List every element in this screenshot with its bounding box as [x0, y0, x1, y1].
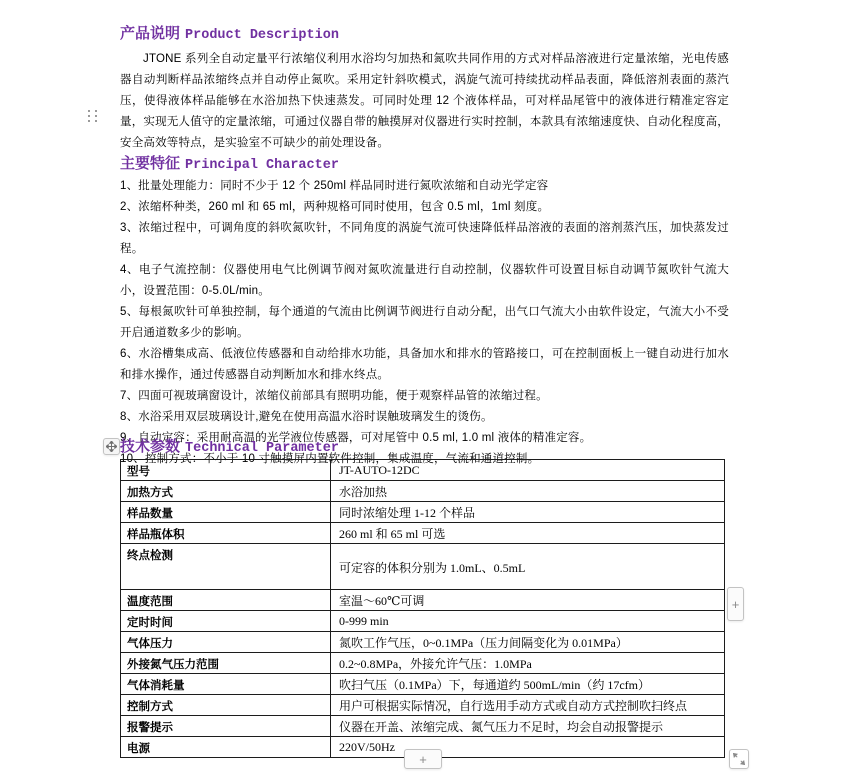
- feature-item[interactable]: 3、浓缩过程中，可调角度的斜吹氮吹针，不同角度的涡旋气流可快速降低样品溶液的表面…: [120, 218, 729, 260]
- heading-en: Product Description: [185, 28, 339, 43]
- grip-dot: [95, 115, 97, 117]
- plus-icon: +: [732, 597, 740, 612]
- feature-item[interactable]: 5、每根氮吹针可单独控制，每个通道的气流由比例调节阀进行自动分配，出气口气流大小…: [120, 302, 729, 344]
- section-heading-principal-character[interactable]: 主要特征Principal Character: [120, 155, 729, 174]
- feature-item[interactable]: 2、浓缩杯种类，260 ml 和 65 ml，两种规格可同时使用，包含 0.5 …: [120, 197, 729, 218]
- technical-parameter-table: 型号 JT-AUTO-12DC 加热方式 水浴加热 样品数量 同时浓缩处理 1-…: [120, 459, 725, 758]
- feature-item[interactable]: 4、电子气流控制：仪器使用电气比例调节阀对氮吹流量进行自动控制，仪器软件可设置目…: [120, 260, 729, 302]
- param-label[interactable]: 定时时间: [121, 611, 331, 632]
- param-label[interactable]: 气体压力: [121, 632, 331, 653]
- document-canvas: 产品说明Product Description JTONE 系列全自动定量平行浓…: [0, 0, 847, 772]
- table-resize-handle[interactable]: [729, 749, 749, 769]
- feature-item[interactable]: 7、四面可视玻璃窗设计，浓缩仪前部具有照明功能，便于观察样品管的浓缩过程。: [120, 386, 729, 407]
- param-label[interactable]: 加热方式: [121, 481, 331, 502]
- product-description-paragraph[interactable]: JTONE 系列全自动定量平行浓缩仪利用水浴均匀加热和氮吹共同作用的方式对样品溶…: [120, 49, 729, 154]
- section-heading-technical-parameter[interactable]: 技术参数Technical Parameter: [120, 438, 729, 457]
- heading-zh: 主要特征: [120, 155, 180, 172]
- param-value[interactable]: 可定容的体积分别为 1.0mL、0.5mL: [331, 544, 725, 590]
- param-value[interactable]: 同时浓缩处理 1-12 个样品: [331, 502, 725, 523]
- param-value[interactable]: 用户可根据实际情况，自行选用手动方式或自动方式控制吹扫终点: [331, 695, 725, 716]
- param-value[interactable]: 仪器在开盖、浓缩完成、氮气压力不足时，均会自动报警提示: [331, 716, 725, 737]
- heading-zh: 产品说明: [120, 25, 180, 42]
- grip-dot: [95, 110, 97, 112]
- feature-list: 1、批量处理能力：同时不少于 12 个 250ml 样品同时进行氮吹浓缩和自动光…: [120, 176, 729, 470]
- grip-dot: [95, 120, 97, 122]
- table-row: 样品瓶体积 260 ml 和 65 ml 可选: [121, 523, 725, 544]
- table-row: 定时时间 0-999 min: [121, 611, 725, 632]
- param-label[interactable]: 电源: [121, 737, 331, 758]
- param-value[interactable]: 220V/50Hz: [331, 737, 725, 758]
- technical-parameter-section: 技术参数Technical Parameter 型号 JT-AUTO-12DC …: [120, 438, 729, 758]
- param-label[interactable]: 控制方式: [121, 695, 331, 716]
- param-value[interactable]: 吹扫气压（0.1MPa）下，每通道约 500mL/min（约 17cfm）: [331, 674, 725, 695]
- param-label[interactable]: 外接氮气压力范围: [121, 653, 331, 674]
- heading-en: Technical Parameter: [185, 441, 339, 456]
- param-value[interactable]: 水浴加热: [331, 481, 725, 502]
- table-row: 温度范围 室温～60℃可调: [121, 590, 725, 611]
- param-label[interactable]: 型号: [121, 460, 331, 481]
- feature-item[interactable]: 1、批量处理能力：同时不少于 12 个 250ml 样品同时进行氮吹浓缩和自动光…: [120, 176, 729, 197]
- document-body: 产品说明Product Description JTONE 系列全自动定量平行浓…: [120, 0, 729, 470]
- table-row: 加热方式 水浴加热: [121, 481, 725, 502]
- param-value[interactable]: 0-999 min: [331, 611, 725, 632]
- param-value[interactable]: JT-AUTO-12DC: [331, 460, 725, 481]
- table-add-row-button[interactable]: +: [404, 749, 442, 769]
- param-label[interactable]: 终点检测: [121, 544, 331, 590]
- param-value[interactable]: 260 ml 和 65 ml 可选: [331, 523, 725, 544]
- param-value[interactable]: 0.2~0.8MPa，外接允许气压：1.0MPa: [331, 653, 725, 674]
- feature-item[interactable]: 6、水浴槽集成高、低液位传感器和自动给排水功能，具备加水和排水的管路接口，可在控…: [120, 344, 729, 386]
- param-label[interactable]: 报警提示: [121, 716, 331, 737]
- move-arrows-icon: [106, 441, 117, 452]
- param-label[interactable]: 气体消耗量: [121, 674, 331, 695]
- param-label[interactable]: 样品瓶体积: [121, 523, 331, 544]
- table-add-column-button[interactable]: +: [727, 587, 744, 621]
- grip-dot: [88, 120, 90, 122]
- table-move-handle[interactable]: [103, 438, 120, 455]
- table-row: 终点检测 可定容的体积分别为 1.0mL、0.5mL: [121, 544, 725, 590]
- param-label[interactable]: 温度范围: [121, 590, 331, 611]
- feature-item[interactable]: 8、水浴采用双层玻璃设计,避免在使用高温水浴时误触玻璃发生的烫伤。: [120, 407, 729, 428]
- param-value[interactable]: 氮吹工作气压，0~0.1MPa（压力间隔变化为 0.01MPa）: [331, 632, 725, 653]
- table-row: 气体压力 氮吹工作气压，0~0.1MPa（压力间隔变化为 0.01MPa）: [121, 632, 725, 653]
- section-heading-product-description[interactable]: 产品说明Product Description: [120, 25, 729, 44]
- paragraph-drag-grip-icon[interactable]: [88, 110, 99, 124]
- heading-zh: 技术参数: [120, 438, 180, 455]
- grip-dot: [88, 110, 90, 112]
- plus-icon: +: [419, 752, 427, 767]
- table-row: 型号 JT-AUTO-12DC: [121, 460, 725, 481]
- param-label[interactable]: 样品数量: [121, 502, 331, 523]
- table-row: 报警提示 仪器在开盖、浓缩完成、氮气压力不足时，均会自动报警提示: [121, 716, 725, 737]
- table-row: 外接氮气压力范围 0.2~0.8MPa，外接允许气压：1.0MPa: [121, 653, 725, 674]
- diagonal-resize-icon: [733, 753, 745, 765]
- param-value[interactable]: 室温～60℃可调: [331, 590, 725, 611]
- table-row: 样品数量 同时浓缩处理 1-12 个样品: [121, 502, 725, 523]
- table-row: 控制方式 用户可根据实际情况，自行选用手动方式或自动方式控制吹扫终点: [121, 695, 725, 716]
- table-row: 气体消耗量 吹扫气压（0.1MPa）下，每通道约 500mL/min（约 17c…: [121, 674, 725, 695]
- grip-dot: [88, 115, 90, 117]
- heading-en: Principal Character: [185, 158, 339, 173]
